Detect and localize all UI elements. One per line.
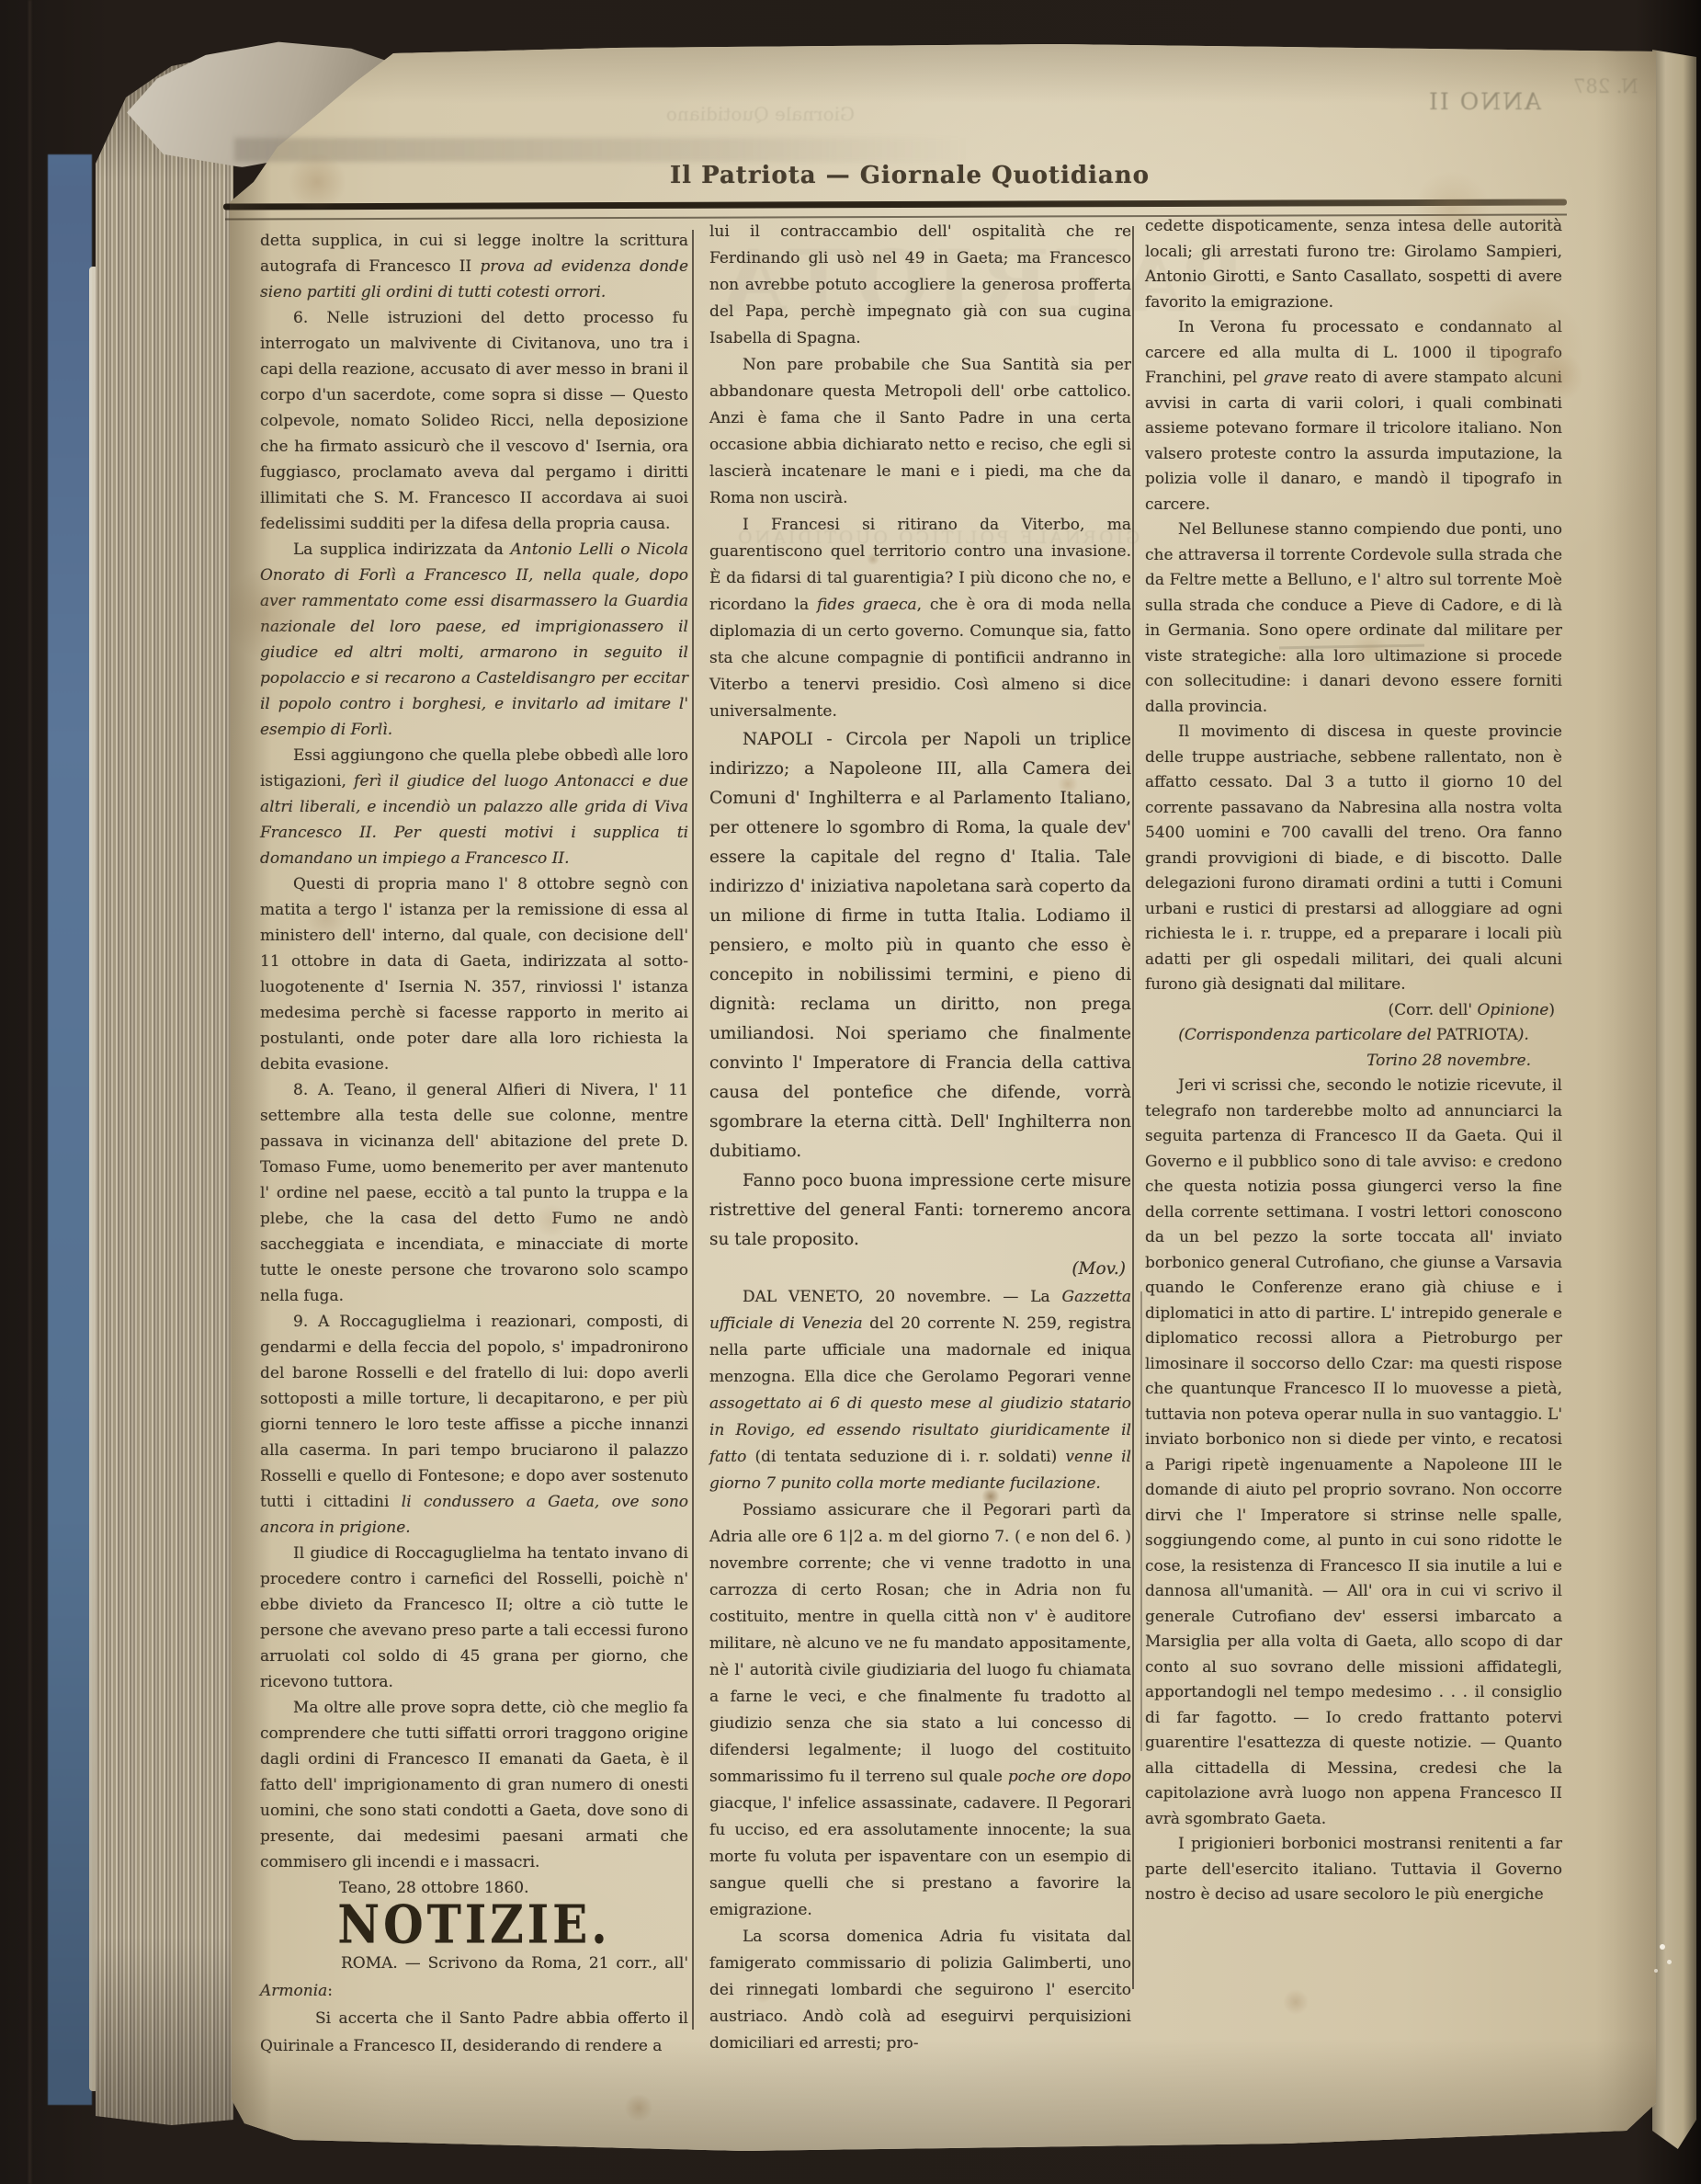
signature: (Corr. dell' Opinione) [1145,998,1562,1024]
paragraph: Questi di propria mano l' 8 ottobre segn… [260,871,688,1077]
paragraph: 9. A Roccaguglielma i reazionari, compos… [260,1309,688,1541]
paragraph: 6. Nelle istruzioni del detto processo f… [260,305,688,537]
paragraph: Nel Bellunese stanno compiendo due ponti… [1145,518,1562,720]
paragraph: Non pare probabile che Sua Santità sia p… [709,352,1131,512]
correspondence-dateline: Torino 28 novembre. [1145,1049,1562,1075]
paragraph: Fanno poco buona impressione certe misur… [709,1166,1131,1255]
signature: (Mov.) [709,1255,1131,1284]
paragraph: DAL VENETO, 20 novembre. — La Gazzetta u… [709,1284,1131,1497]
underlying-page-edge [1652,50,1696,2149]
section-heading-notizie: NOTIZIE. [260,1897,688,1952]
ghost-masthead-echo: Giornale Quotidiano [542,103,855,125]
column-divider-1 [692,230,694,2030]
paragraph: NAPOLI - Circola per Napoli un triplice … [709,725,1131,1166]
column-divider-2 [1132,226,1134,1989]
paragraph: lui il contraccambio dell' ospitalità ch… [709,219,1131,352]
column-divider-2-echo [1140,1291,1142,1751]
column-1: detta supplica, in cui si legge inoltre … [260,228,688,2060]
backdrop-seam [28,0,31,2184]
paragraph: Jeri vi scrissi che, secondo le notizie … [1145,1074,1562,1832]
paragraph: cedette dispoticamente, senza intesa del… [1145,214,1562,315]
paper-speck [1667,1960,1672,1964]
paper-speck [1654,1969,1658,1973]
paragraph: Si accerta che il Santo Padre abbia offe… [260,2005,688,2060]
paragraph: I Francesi si ritirano da Viterbo, ma gu… [709,512,1131,725]
paragraph: Essi aggiungono che quella plebe obbedì … [260,743,688,871]
paragraph: In Verona fu processato e condannato al … [1145,315,1562,518]
masthead-title: Il Patriota — Giornale Quotidiano [588,162,1231,189]
paper-speck [1660,1944,1665,1950]
paragraph: ROMA. — Scrivono da Roma, 21 corr., all'… [260,1950,688,2005]
column-3: cedette dispoticamente, senza intesa del… [1145,214,1562,1908]
paragraph: La scorsa domenica Adria fu visitata dal… [709,1924,1131,2057]
paragraph: La supplica indirizzata da Antonio Lelli… [260,537,688,743]
paragraph: detta supplica, in cui si legge inoltre … [260,228,688,305]
column-2: lui il contraccambio dell' ospitalità ch… [709,219,1131,2057]
photo-backdrop: ANNO II N. 287 Giornale Quotidiano PATRI… [0,0,1701,2184]
correspondence-byline: (Corrispondenza particolare del PATRIOTA… [1145,1023,1562,1049]
paragraph: Il movimento di discesa in queste provin… [1145,720,1562,998]
paragraph: Possiamo assicurare che il Pegorari part… [709,1497,1131,1924]
ghost-anno-label: ANNO II [1427,88,1541,115]
page-stack-fore-edge [96,53,233,2125]
masthead-title-text: Il Patriota — Giornale Quotidiano [670,162,1150,189]
paragraph: I prigionieri borbonici mostransi renite… [1145,1832,1562,1908]
ghost-issue-number: N. 287 [1573,75,1638,97]
paragraph: 8. A. Teano, il general Alfieri di Niver… [260,1077,688,1309]
top-margin-shadow [234,138,970,162]
paragraph: Ma oltre alle prove sopra dette, ciò che… [260,1695,688,1875]
book-cover-board [48,154,92,2105]
paragraph: Il giudice di Roccaguglielma ha tentato … [260,1541,688,1695]
